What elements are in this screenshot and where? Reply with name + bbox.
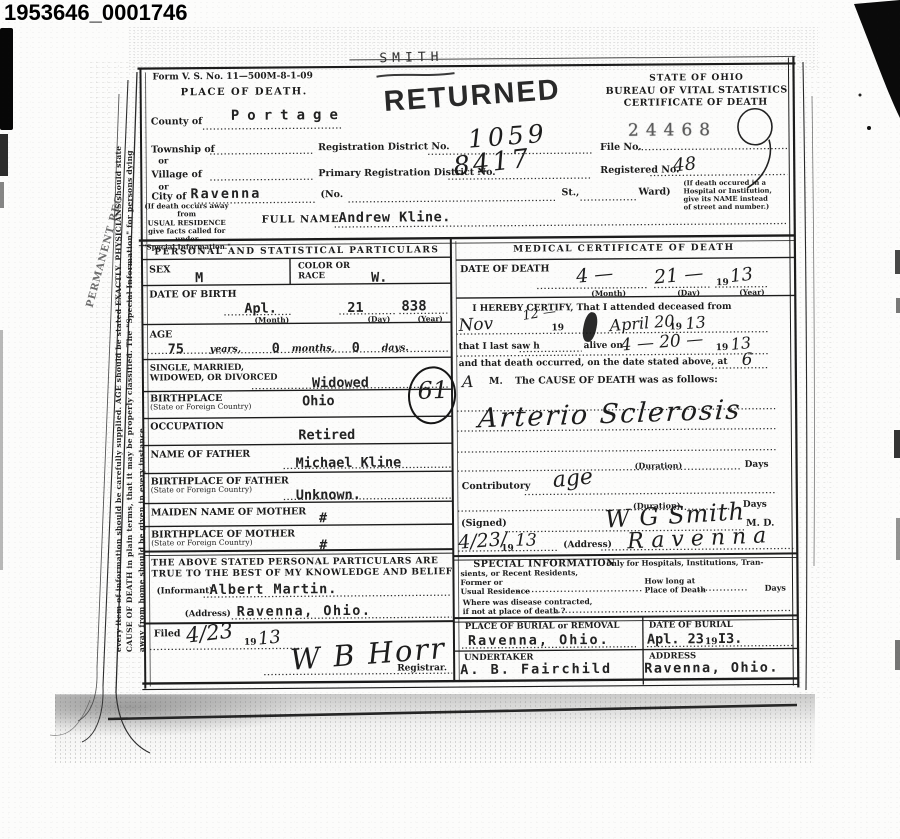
signature-print-19: 19 bbox=[501, 544, 514, 554]
attended-print-19a: 19 bbox=[551, 323, 564, 333]
contributory-script: age bbox=[552, 464, 594, 493]
days-label-1: Days bbox=[745, 460, 769, 471]
m-label: M. bbox=[489, 376, 503, 387]
smith-underline bbox=[377, 73, 455, 77]
attended-from-script: Nov bbox=[458, 314, 494, 336]
days-label-2: Days bbox=[743, 500, 767, 511]
state-title: STATE OF OHIO bbox=[638, 73, 756, 85]
dob-label: DATE OF BIRTH bbox=[149, 289, 236, 301]
township-label: Township of bbox=[151, 144, 215, 156]
age-months-value: 0 bbox=[272, 340, 280, 356]
father-birthplace-value: Unknown. bbox=[296, 487, 361, 504]
village-label: Village of bbox=[151, 169, 202, 181]
color-race-label: COLOR OR RACE bbox=[298, 261, 350, 281]
dob-month-caption: (Month) bbox=[254, 315, 289, 324]
last-saw-text: that I last saw h bbox=[459, 341, 540, 352]
county-label: County of bbox=[151, 116, 202, 128]
file-number-stamp: 24468 bbox=[628, 120, 717, 141]
informant-address-value: Ravenna, Ohio. bbox=[237, 603, 372, 620]
burial-date-value: Apl. 23 bbox=[647, 631, 704, 647]
informant-address-label: (Address) bbox=[185, 609, 231, 619]
am-script: A bbox=[462, 372, 474, 391]
scanned-death-certificate: 1953646_0001746 PERMANENT REC every item… bbox=[0, 0, 900, 839]
age-years-value: 75 bbox=[168, 341, 184, 357]
burial-print-19: 19 bbox=[705, 637, 718, 647]
special-info-rest: only for Hospitals, Institutions, Tran- bbox=[606, 559, 763, 569]
mother-name-value: # bbox=[319, 510, 327, 526]
duration-caption-1: (Duration) bbox=[635, 460, 683, 470]
undertaker-value: A. B. Fairchild bbox=[460, 661, 612, 678]
city-value: Ravenna bbox=[190, 186, 261, 203]
filed-year-value: 13 bbox=[257, 627, 282, 650]
registered-no-value: 48 bbox=[672, 153, 697, 176]
circled-number: 61 bbox=[417, 376, 449, 405]
occupation-label: OCCUPATION bbox=[150, 421, 224, 433]
smith-stamp: SMITH bbox=[379, 50, 443, 67]
contributory-label: Contributory bbox=[462, 481, 531, 493]
street-no-label: (No. bbox=[320, 189, 343, 200]
informant-label: (Informant) bbox=[157, 586, 214, 596]
father-name-value: Michael Kline bbox=[296, 455, 402, 472]
burial-year-value: I3. bbox=[718, 631, 743, 647]
date-of-death-label: DATE OF DEATH bbox=[460, 263, 550, 275]
sex-label: SEX bbox=[149, 264, 171, 275]
marital-label: SINGLE, MARRIED, WIDOWED, OR DIVORCED bbox=[150, 363, 278, 384]
filed-label: Filed bbox=[154, 628, 181, 639]
dod-year-caption: (Year) bbox=[739, 288, 764, 297]
mother-name-label: MAIDEN NAME OF MOTHER bbox=[151, 506, 306, 518]
undertaker-address-value: Ravenna, Ohio. bbox=[644, 660, 779, 677]
dob-day: 21 bbox=[347, 300, 363, 316]
dob-month: Apl. bbox=[244, 301, 277, 317]
sex-value: M bbox=[195, 270, 203, 286]
father-birthplace-subcaption: (State or Foreign Country) bbox=[151, 486, 252, 496]
birthplace-subcaption: (State or Foreign Country) bbox=[150, 403, 251, 413]
registration-district-label: Registration District No. bbox=[318, 141, 450, 153]
form-number: Form V. S. No. 11—500M-8-1-09 bbox=[152, 71, 312, 83]
color-race-value: W. bbox=[371, 270, 387, 286]
age-months-word: months, bbox=[292, 343, 335, 354]
usual-residence-note: (If death occurs away from USUAL RESIDEN… bbox=[136, 202, 238, 252]
signature-address-label: (Address) bbox=[563, 540, 612, 551]
certificate-sheet: Form V. S. No. 11—500M-8-1-09 PLACE OF D… bbox=[0, 0, 900, 839]
signature-year-script: 13 bbox=[515, 530, 537, 550]
occupation-value: Retired bbox=[298, 427, 355, 443]
dod-year-value: 13 bbox=[729, 264, 754, 287]
hospital-note: (If death occured in a Hospital or Insti… bbox=[683, 179, 775, 212]
ward-label: Ward) bbox=[638, 186, 670, 197]
alive-on-text: alive on bbox=[584, 341, 623, 352]
dob-day-caption: (Day) bbox=[367, 315, 390, 324]
days-label-3: Days bbox=[765, 584, 786, 594]
street-label: St., bbox=[561, 187, 579, 198]
disease-contracted-label: Where was disease contracted, if not at … bbox=[463, 598, 593, 617]
marital-value: Widowed bbox=[312, 375, 369, 391]
age-label: AGE bbox=[150, 329, 173, 340]
mother-birthplace-subcaption: (State or Foreign Country) bbox=[151, 539, 252, 549]
father-name-label: NAME OF FATHER bbox=[150, 449, 250, 461]
bureau-title: BUREAU OF VITAL STATISTICS bbox=[606, 85, 786, 98]
death-occurred-text: and that death occurred, on the date sta… bbox=[459, 357, 728, 370]
registrar-label: Registrar. bbox=[397, 663, 447, 674]
burial-place-label: PLACE OF BURIAL or REMOVAL bbox=[465, 621, 620, 632]
dod-month-caption: (Month) bbox=[591, 289, 626, 298]
dod-day-value: 21 — bbox=[653, 262, 704, 289]
or-word-1: or bbox=[158, 156, 168, 166]
full-name-value: Andrew Kline. bbox=[339, 209, 451, 226]
dod-month-value: 4 — bbox=[575, 262, 614, 287]
filed-print-19: 19 bbox=[244, 638, 257, 648]
place-of-death-title: PLACE OF DEATH. bbox=[181, 86, 308, 99]
dob-year-caption: (Year) bbox=[417, 314, 442, 323]
informant-value: Albert Martin. bbox=[210, 581, 338, 598]
last-saw-print-19: 19 bbox=[716, 343, 729, 353]
file-no-label: File No. bbox=[600, 142, 642, 154]
age-days-value: 0 bbox=[352, 340, 360, 356]
age-years-word: years, bbox=[210, 344, 241, 355]
medical-title: MEDICAL CERTIFICATE OF DEATH bbox=[479, 243, 769, 256]
county-value: Portage bbox=[231, 107, 346, 124]
attestation-text: THE ABOVE STATED PERSONAL PARTICULARS AR… bbox=[151, 556, 452, 580]
dod-day-caption: (Day) bbox=[677, 288, 700, 297]
certificate-title: CERTIFICATE OF DEATH bbox=[621, 97, 771, 109]
former-residence-label: Former or Usual Residence bbox=[460, 579, 530, 597]
age-days-word: days. bbox=[382, 342, 409, 353]
birthplace-value: Ohio bbox=[302, 393, 335, 409]
cause-of-death-label: The CAUSE OF DEATH was as follows: bbox=[515, 374, 718, 387]
how-long-label: How long at Place of Death bbox=[644, 577, 705, 595]
registered-no-label: Registered No. bbox=[600, 164, 679, 176]
dod-print-19: 19 bbox=[716, 278, 729, 288]
death-hour-script: 6 bbox=[742, 350, 753, 370]
burial-place-value: Ravenna, Ohio. bbox=[468, 632, 610, 649]
full-name-label: FULL NAME bbox=[262, 214, 340, 226]
form-linework bbox=[0, 0, 900, 839]
mother-birthplace-value: # bbox=[319, 537, 327, 553]
dob-year: 838 bbox=[401, 298, 426, 314]
burial-date-label: DATE OF BURIAL bbox=[649, 620, 733, 631]
